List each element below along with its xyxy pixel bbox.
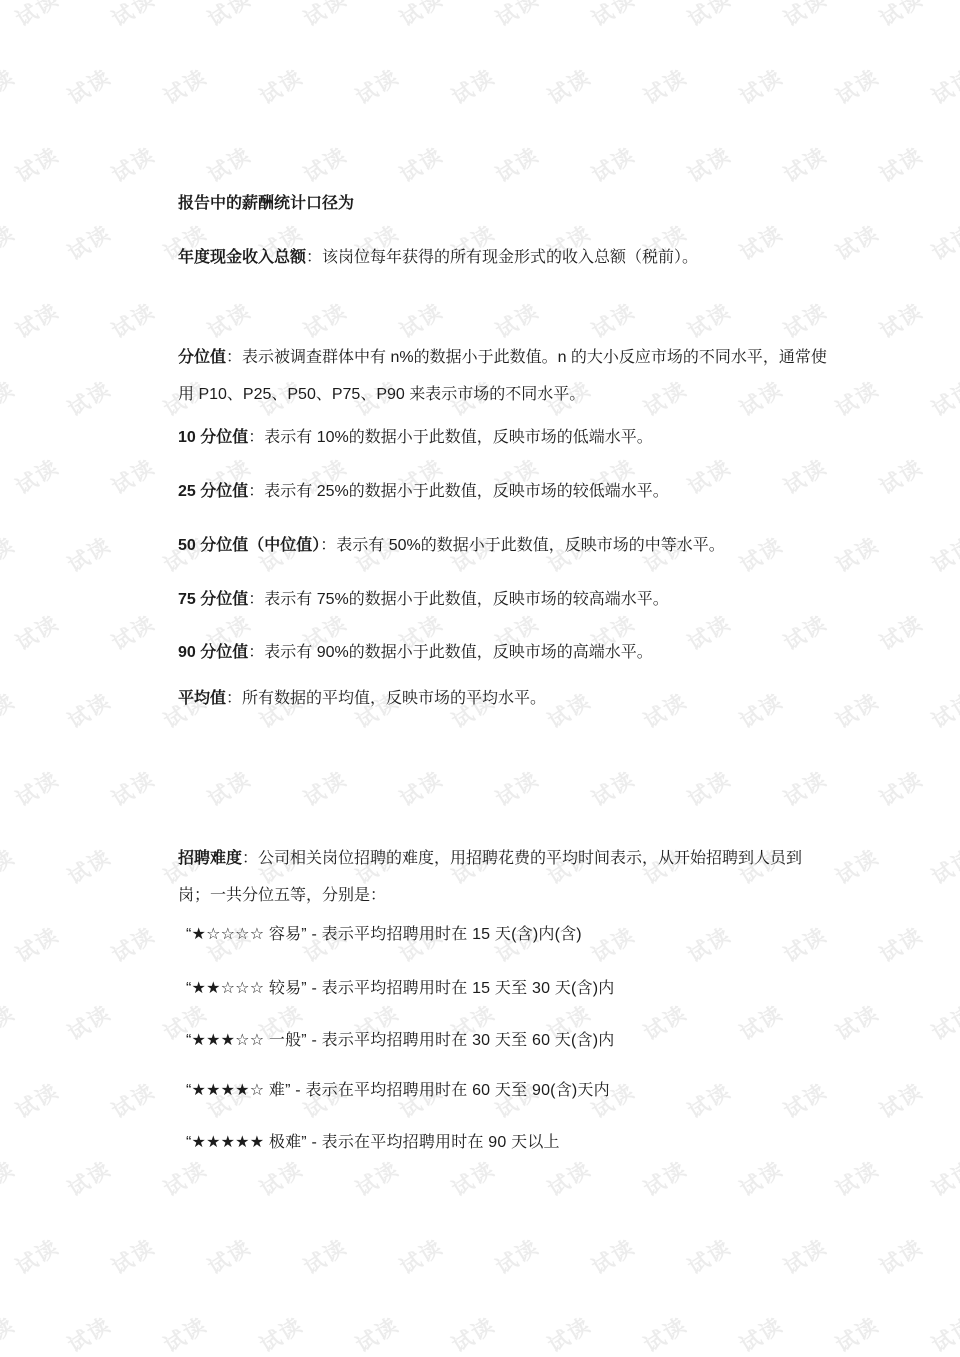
document-content: 报告中的薪酬统计口径为 年度现金收入总额：该岗位每年获得的所有现金形式的收入总额… <box>0 0 960 1357</box>
definition-term: 10 分位值 <box>178 429 248 446</box>
difficulty-level-hard: “★★★★☆ 难” - 表示在平均招聘用时在 60 天至 90(含)天内 <box>186 1079 836 1103</box>
page-title: 报告中的薪酬统计口径为 <box>178 192 828 216</box>
percentile-item-p75: 75 分位值：表示有 75%的数据小于此数值，反映市场的较高端水平。 <box>178 588 828 612</box>
percentile-intro-paragraph: 分位值：表示被调查群体中有 n%的数据小于此数值。n 的大小反应市场的不同水平，… <box>178 339 828 413</box>
document-page: 试读试读试读试读试读试读试读试读试读试读试读试读试读试读试读试读试读试读试读试读… <box>0 0 960 1357</box>
definition-desc: ：公司相关岗位招聘的难度，用招聘花费的平均时间表示，从开始招聘到人员到岗；一共分… <box>178 850 802 904</box>
definition-desc: ：表示有 10%的数据小于此数值，反映市场的低端水平。 <box>248 429 652 446</box>
definition-term: 招聘难度 <box>178 850 242 867</box>
recruit-difficulty-paragraph: 招聘难度：公司相关岗位招聘的难度，用招聘花费的平均时间表示，从开始招聘到人员到岗… <box>178 840 828 914</box>
definition-term: 年度现金收入总额 <box>178 249 306 266</box>
percentile-item-p90: 90 分位值：表示有 90%的数据小于此数值，反映市场的高端水平。 <box>178 641 828 665</box>
definition-annual-income: 年度现金收入总额：该岗位每年获得的所有现金形式的收入总额（税前）。 <box>178 246 828 270</box>
definition-desc: ：表示有 50%的数据小于此数值，反映市场的中等水平。 <box>320 537 724 554</box>
definition-term: 平均值 <box>178 690 226 707</box>
definition-term: 25 分位值 <box>178 483 248 500</box>
definition-desc: ：表示有 75%的数据小于此数值，反映市场的较高端水平。 <box>248 591 668 608</box>
definition-term: 分位值 <box>178 349 226 366</box>
definition-desc: ：该岗位每年获得的所有现金形式的收入总额（税前）。 <box>306 249 698 266</box>
percentile-item-p50: 50 分位值（中位值）：表示有 50%的数据小于此数值，反映市场的中等水平。 <box>178 534 828 558</box>
definition-term: 90 分位值 <box>178 644 248 661</box>
definition-term: 75 分位值 <box>178 591 248 608</box>
difficulty-level-very-hard: “★★★★★ 极难” - 表示在平均招聘用时在 90 天以上 <box>186 1131 836 1155</box>
definition-desc: ：表示有 90%的数据小于此数值，反映市场的高端水平。 <box>248 644 652 661</box>
percentile-item-average: 平均值：所有数据的平均值，反映市场的平均水平。 <box>178 687 828 711</box>
difficulty-level-fairly-easy: “★★☆☆☆ 较易” - 表示平均招聘用时在 15 天至 30 天(含)内 <box>186 977 836 1001</box>
difficulty-level-easy: “★☆☆☆☆ 容易” - 表示平均招聘用时在 15 天(含)内(含) <box>186 923 836 947</box>
percentile-item-p25: 25 分位值：表示有 25%的数据小于此数值，反映市场的较低端水平。 <box>178 480 828 504</box>
percentile-item-p10: 10 分位值：表示有 10%的数据小于此数值，反映市场的低端水平。 <box>178 426 828 450</box>
definition-desc: ：表示被调查群体中有 n%的数据小于此数值。n 的大小反应市场的不同水平，通常使… <box>178 349 827 403</box>
difficulty-level-average: “★★★☆☆ 一般” - 表示平均招聘用时在 30 天至 60 天(含)内 <box>186 1029 836 1053</box>
definition-desc: ：所有数据的平均值，反映市场的平均水平。 <box>226 690 546 707</box>
definition-desc: ：表示有 25%的数据小于此数值，反映市场的较低端水平。 <box>248 483 668 500</box>
definition-term: 50 分位值（中位值） <box>178 537 320 554</box>
